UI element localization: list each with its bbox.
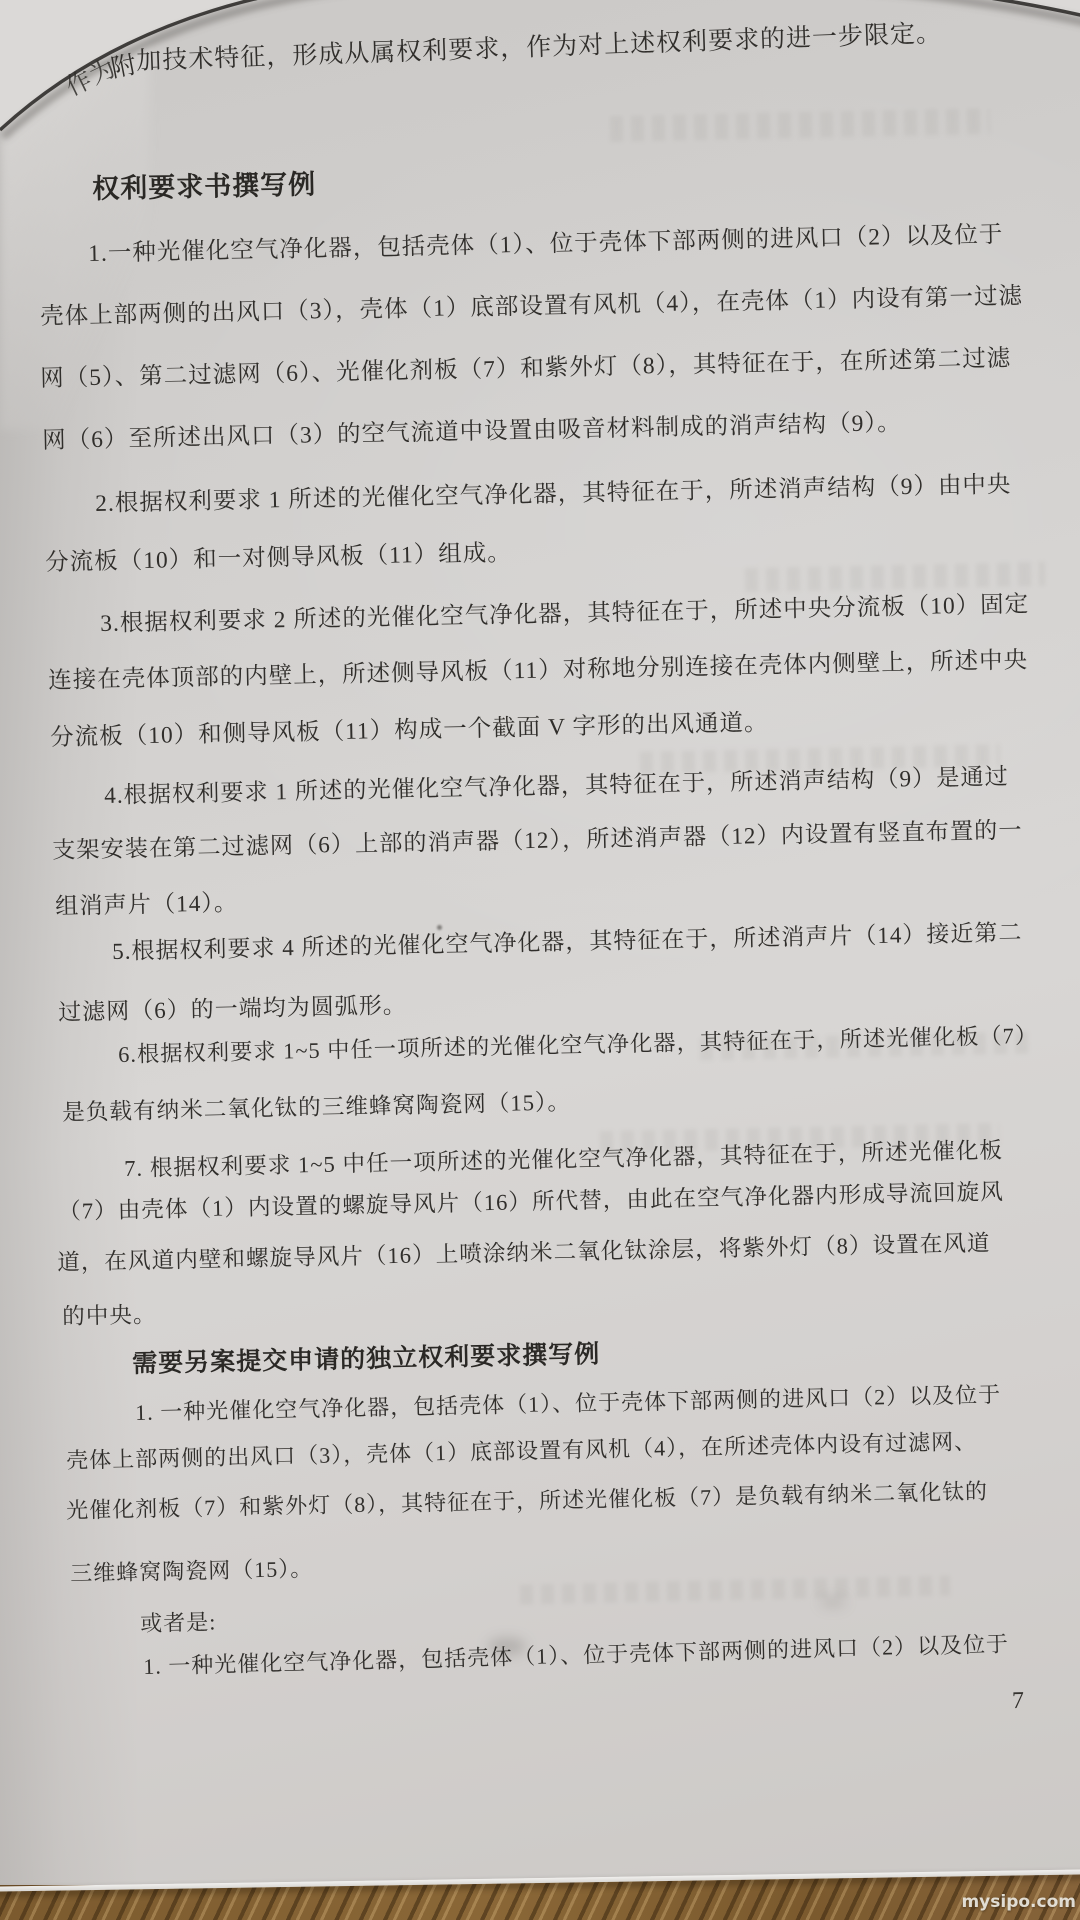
- claim-line: 的中央。: [62, 1304, 157, 1329]
- claim-line: 组消声片（14）。: [55, 892, 238, 919]
- para-line: 三维蜂窝陶瓷网（15）。: [70, 1558, 313, 1585]
- intro-seg-bent: 附: [109, 52, 139, 82]
- page-number: 7: [1012, 1688, 1025, 1715]
- watermark: mysipo.com: [961, 1892, 1076, 1912]
- ink-dot: [437, 925, 442, 930]
- section1-heading: 权利要求书撰写例: [92, 171, 317, 203]
- smudge: [820, 1596, 846, 1608]
- para-line: 或者是:: [140, 1611, 217, 1635]
